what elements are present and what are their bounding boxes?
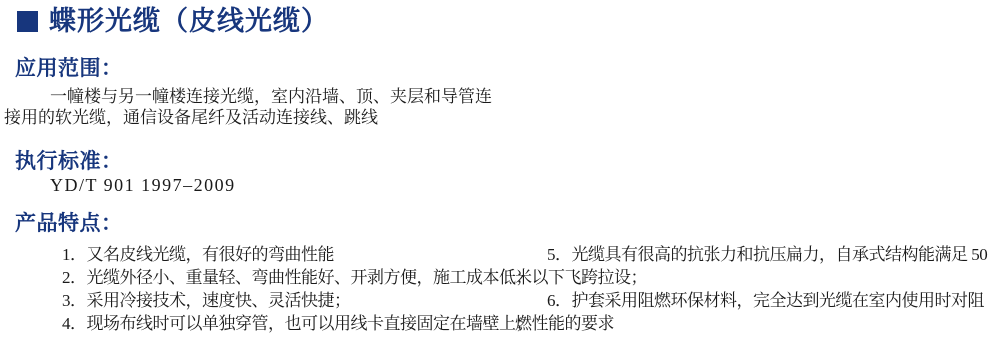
feature-line: 6．护套采用阻燃环保材料，完全达到光缆在室内使用时对阻 bbox=[515, 289, 990, 312]
features-list-left: 1．又名皮线光缆，有很好的弯曲性能 2．光缆外径小、重量轻、弯曲性能好、开剥方便… bbox=[0, 243, 515, 335]
feature-line: 1．又名皮线光缆，有很好的弯曲性能 bbox=[62, 243, 515, 266]
paragraph-line: 一幢楼与另一幢楼连接光缆，室内沿墙、顶、夹层和导管连 bbox=[4, 86, 524, 107]
feature-line: 米以下飞跨拉设； bbox=[515, 266, 990, 289]
feature-line: 3．采用冷接技术，速度快、灵活快捷； bbox=[62, 289, 515, 312]
feature-line: 4．现场布线时可以单独穿管，也可以用线卡直接固定在墙壁上； bbox=[62, 312, 515, 335]
feature-line: 2．光缆外径小、重量轻、弯曲性能好、开剥方便，施工成本低； bbox=[62, 266, 515, 289]
features-list-right: 5．光缆具有很高的抗张力和抗压扁力，自承式结构能满足 50 米以下飞跨拉设； 6… bbox=[515, 243, 990, 335]
title-bullet-icon bbox=[17, 11, 38, 32]
page-title: 蝶形光缆（皮线光缆） bbox=[49, 7, 329, 36]
page-title-bar: 蝶形光缆（皮线光缆） bbox=[17, 7, 329, 36]
section-heading-features: 产品特点： bbox=[15, 212, 123, 235]
feature-line: 5．光缆具有很高的抗张力和抗压扁力，自承式结构能满足 50 bbox=[515, 243, 990, 266]
application-paragraph: 一幢楼与另一幢楼连接光缆，室内沿墙、顶、夹层和导管连 接用的软光缆，通信设备尾纤… bbox=[4, 86, 524, 128]
standard-value: YD/T 901 1997–2009 bbox=[50, 175, 236, 195]
features-list: 1．又名皮线光缆，有很好的弯曲性能 2．光缆外径小、重量轻、弯曲性能好、开剥方便… bbox=[0, 243, 990, 335]
paragraph-line: 接用的软光缆，通信设备尾纤及活动连接线、跳线 bbox=[4, 107, 524, 128]
feature-line: 燃性能的要求 bbox=[515, 312, 990, 335]
section-heading-application: 应用范围： bbox=[15, 57, 123, 80]
section-heading-standard: 执行标准： bbox=[15, 150, 123, 173]
